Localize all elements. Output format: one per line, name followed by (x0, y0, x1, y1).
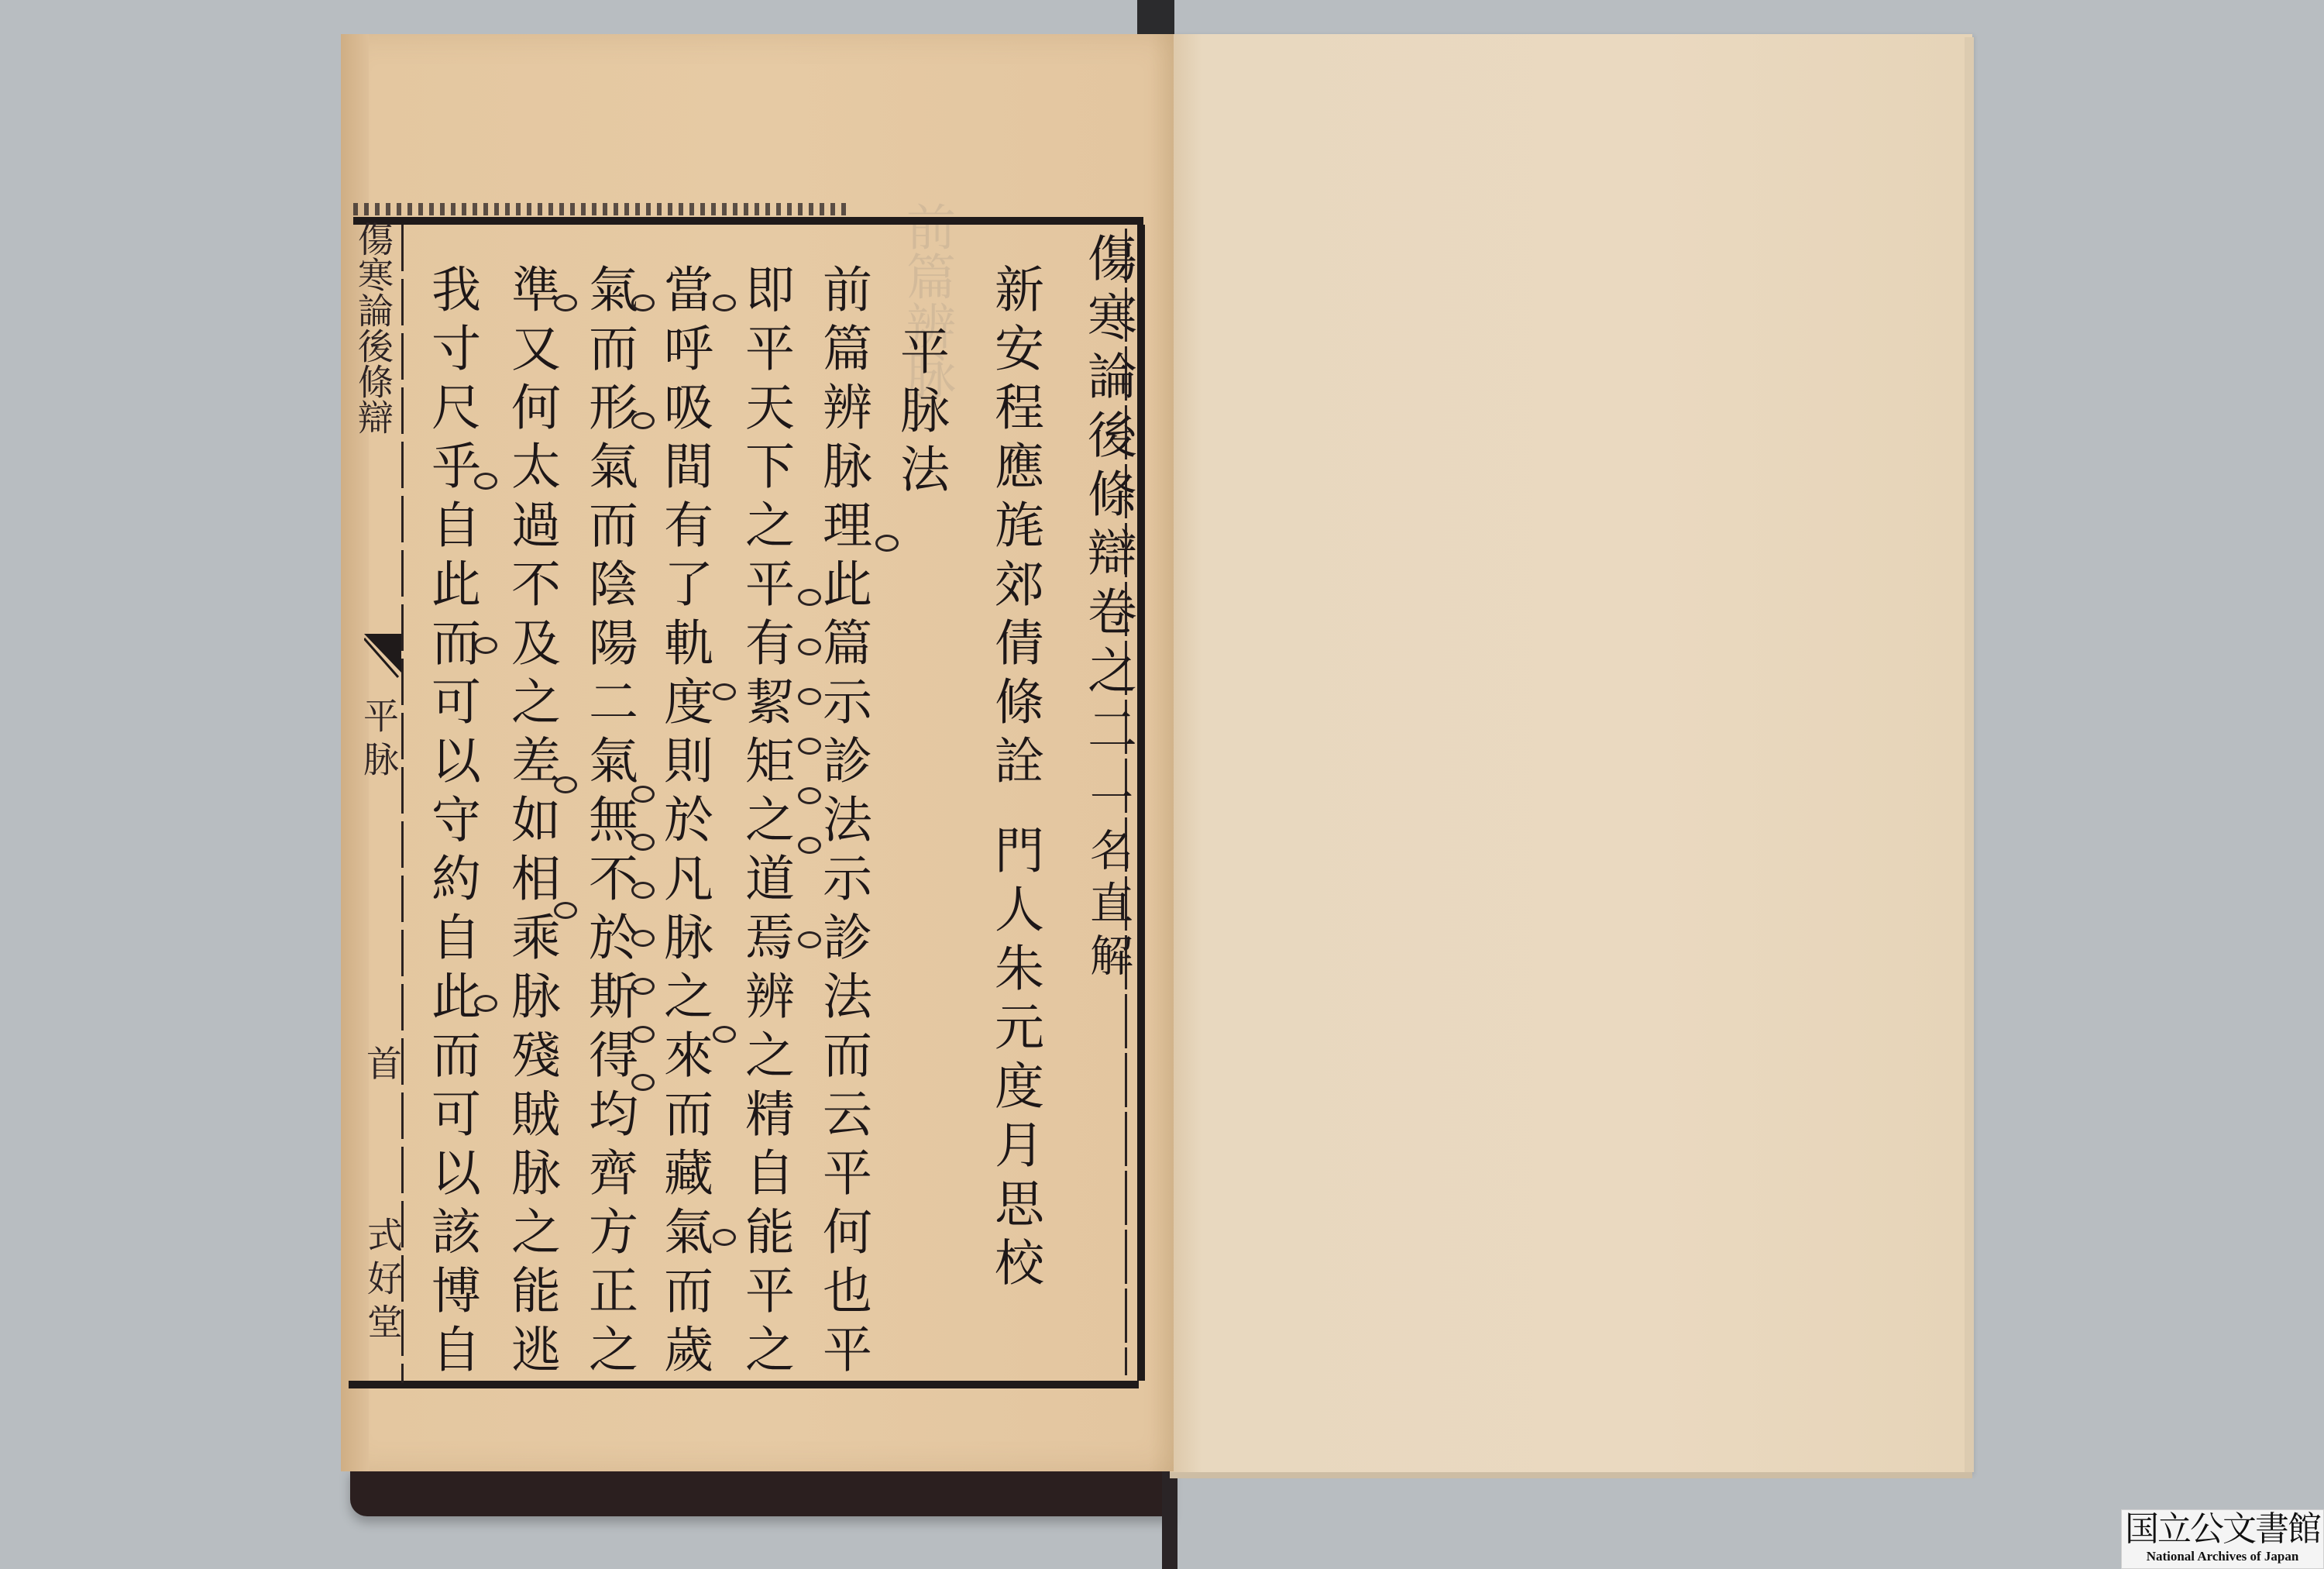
body-text: 準又何太過不及之差如相乘脉殘賊脉之能逃 (502, 263, 561, 1382)
circle-mark-icon (875, 535, 899, 552)
right-page-bottom-edge (1170, 1472, 1972, 1478)
title-column: 傷寒論後條辯卷之二 一名直解 (1078, 232, 1137, 986)
circle-mark-icon (798, 688, 821, 705)
author-column: 新安程應旄郊倩條詮 門人朱元度月思校 (985, 263, 1044, 1295)
frame-right-border (1137, 225, 1145, 1381)
body-text: 當呼吸間有了軌度則於凡脉之來而藏氣而歲 (655, 263, 713, 1382)
circle-mark-icon (631, 882, 655, 899)
right-page-blank (1170, 34, 1972, 1474)
circle-mark-icon (631, 834, 655, 851)
book-spine-top (1137, 0, 1174, 37)
margin-publisher-text: 式好堂 (364, 1216, 404, 1347)
circle-mark-icon (474, 995, 497, 1012)
circle-mark-icon (631, 1074, 655, 1091)
body-text: 即平天下之平有絜矩之道焉辨之精自能平之 (736, 263, 795, 1382)
circle-mark-icon (798, 738, 821, 755)
circle-mark-icon (631, 978, 655, 995)
margin-page-text: 首 (364, 1042, 404, 1086)
title-subtitle: 一名直解 (1078, 775, 1137, 986)
circle-mark-icon (798, 638, 821, 655)
circle-mark-icon (474, 637, 497, 654)
circle-mark-icon (798, 787, 821, 804)
circle-mark-icon (631, 294, 655, 311)
body-column-1: 前篇辨脉理此篇示診法示診法而云平何也平 (813, 263, 872, 1382)
body-column-3: 當呼吸間有了軌度則於凡脉之來而藏氣而歲 (655, 263, 713, 1382)
circle-mark-icon (713, 1026, 736, 1043)
margin-book-title: 傷寒論後條辯 (355, 221, 395, 435)
circle-mark-icon (713, 683, 736, 700)
punctuation-marks-col6 (474, 473, 497, 1012)
left-page-bottom-edge (350, 1468, 1171, 1516)
national-archives-logo: 国立公文書館 National Archives of Japan (2121, 1509, 2324, 1569)
editor-credit: 門人朱元度月思校 (985, 824, 1044, 1295)
margin-page-marker: 首 (364, 1042, 404, 1086)
body-text: 我寸尺乎自此而可以守約自此而可以該博自 (422, 263, 481, 1382)
margin-section-text: 平脉 (360, 697, 401, 784)
margin-publisher: 式好堂 (364, 1216, 404, 1347)
circle-mark-icon (631, 1026, 655, 1043)
section-heading: 平脉法 (891, 325, 950, 502)
circle-mark-icon (713, 294, 736, 311)
body-column-2: 即平天下之平有絜矩之道焉辨之精自能平之 (736, 263, 795, 1382)
logo-japanese-text: 国立公文書館 (2125, 1510, 2320, 1549)
margin-section: 平脉 (360, 697, 401, 784)
circle-mark-icon (554, 294, 577, 311)
author-credit: 新安程應旄郊倩條詮 (985, 263, 1044, 793)
circle-mark-icon (631, 412, 655, 429)
body-column-6: 我寸尺乎自此而可以守約自此而可以該博自 (422, 263, 481, 1382)
frame-top-border (353, 217, 1143, 225)
circle-mark-icon (798, 837, 821, 854)
punctuation-marks-col3 (713, 294, 736, 1246)
frame-top-ornament (353, 203, 849, 215)
body-text: 氣而形氣而陰陽二氣無不於斯得均齊方正之 (579, 263, 638, 1382)
punctuation-marks-col4 (631, 294, 655, 1091)
body-column-4: 氣而形氣而陰陽二氣無不於斯得均齊方正之 (579, 263, 638, 1382)
circle-mark-icon (798, 931, 821, 948)
circle-mark-icon (798, 589, 821, 606)
logo-english-text: National Archives of Japan (2147, 1549, 2299, 1564)
punctuation-marks-col2 (798, 589, 821, 948)
punctuation-marks-col5 (554, 294, 577, 919)
circle-mark-icon (631, 786, 655, 803)
circle-mark-icon (474, 473, 497, 490)
body-column-5: 準又何太過不及之差如相乘脉殘賊脉之能逃 (502, 263, 561, 1382)
fishtail-mark-icon (364, 634, 401, 680)
body-text: 前篇辨脉理此篇示診法示診法而云平何也平 (813, 263, 872, 1382)
punctuation-marks-col1 (875, 535, 899, 552)
section-heading-column: 平脉法 (891, 325, 950, 502)
circle-mark-icon (631, 930, 655, 947)
right-page-edge (1965, 37, 1974, 1472)
margin-divider-line (401, 225, 404, 1383)
circle-mark-icon (554, 902, 577, 919)
circle-mark-icon (554, 776, 577, 793)
circle-mark-icon (713, 1229, 736, 1246)
title-text: 傷寒論後條辯卷之二 (1078, 232, 1137, 762)
margin-title-text: 傷寒論後條辯 (355, 221, 395, 435)
